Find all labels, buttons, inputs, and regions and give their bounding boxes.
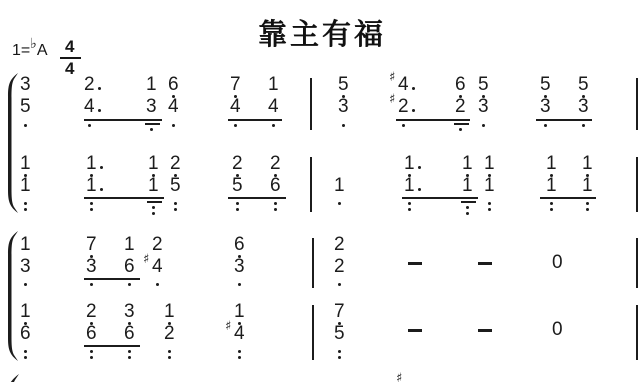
note-digit: 2 <box>152 236 163 254</box>
duration-dot <box>100 188 103 191</box>
note-digit: 3 <box>146 98 157 116</box>
octave-low-dot <box>174 202 177 205</box>
eighth-beam <box>84 119 162 121</box>
note-digit: 1 <box>148 155 159 173</box>
note-digit: 1 <box>86 155 97 173</box>
note-digit: 1 <box>20 155 31 173</box>
note-digit: 1 <box>146 76 157 94</box>
eighth-beam <box>540 197 596 199</box>
eighth-beam <box>228 197 286 199</box>
barline <box>636 238 638 288</box>
octave-low-dot <box>482 124 485 127</box>
duration-dot <box>100 166 103 169</box>
octave-low-dot <box>128 356 131 359</box>
barline <box>310 157 312 212</box>
octave-low-dot <box>466 206 469 209</box>
note-digit: 1 <box>462 177 473 195</box>
note-digit: 6 <box>124 325 135 343</box>
note-digit: 3 <box>20 258 31 276</box>
rest-zero: 0 <box>552 254 563 272</box>
note-digit: 4 <box>268 98 279 116</box>
eighth-beam <box>396 119 470 121</box>
note-digit: 5 <box>232 177 243 195</box>
duration-dot <box>98 109 101 112</box>
eighth-beam <box>84 197 164 199</box>
note-digit: 2 <box>232 155 243 173</box>
note-digit: 1 <box>86 177 97 195</box>
octave-low-dot <box>338 350 341 353</box>
octave-low-dot <box>238 350 241 353</box>
note-digit: 1 <box>20 177 31 195</box>
note-digit: 1 <box>404 155 415 173</box>
note-digit: 1 <box>268 76 279 94</box>
note-digit: 5 <box>20 98 31 116</box>
note-digit: 1 <box>164 303 175 321</box>
octave-low-dot <box>338 283 341 286</box>
note-digit: 2 <box>170 155 181 173</box>
octave-low-dot <box>24 350 27 353</box>
octave-low-dot <box>90 356 93 359</box>
barline <box>312 238 314 288</box>
octave-low-dot <box>150 128 153 131</box>
note-digit: 6 <box>234 236 245 254</box>
note-digit: 1 <box>20 236 31 254</box>
note-digit: 3 <box>478 98 489 116</box>
note-digit: 4 <box>168 98 179 116</box>
note-digit: 1 <box>20 303 31 321</box>
note-digit: 5 <box>578 76 589 94</box>
octave-low-dot <box>128 283 131 286</box>
note-digit: 2 <box>398 98 409 116</box>
note-digit: 3 <box>20 76 31 94</box>
note-digit: 5 <box>478 76 489 94</box>
octave-low-dot <box>128 350 131 353</box>
octave-low-dot <box>274 208 277 211</box>
octave-low-dot <box>272 124 275 127</box>
note-digit: 2 <box>334 236 345 254</box>
octave-low-dot <box>274 202 277 205</box>
octave-low-dot <box>24 124 27 127</box>
note-digit: 4 <box>230 98 241 116</box>
sustain-dash <box>478 329 492 332</box>
sixteenth-underline <box>454 123 469 125</box>
duration-dot <box>98 87 101 90</box>
duration-dot <box>412 87 415 90</box>
octave-low-dot <box>550 202 553 205</box>
octave-low-dot <box>24 356 27 359</box>
note-digit: 1 <box>462 155 473 173</box>
barline <box>636 78 638 130</box>
octave-low-dot <box>408 208 411 211</box>
barline <box>636 157 638 212</box>
note-digit: 7 <box>334 303 345 321</box>
octave-low-dot <box>338 356 341 359</box>
next-system-bracket-tip <box>4 372 22 382</box>
octave-low-dot <box>582 124 585 127</box>
sheet-music-page: 靠主有福 1=♭A 4 4 352413647414534♯2♯62535353… <box>0 0 644 382</box>
note-digit: 7 <box>86 236 97 254</box>
sixteenth-underline <box>147 201 162 203</box>
note-digit: 3 <box>540 98 551 116</box>
note-digit: 4 <box>234 325 245 343</box>
octave-low-dot <box>236 208 239 211</box>
note-digit: 5 <box>170 177 181 195</box>
octave-low-dot <box>24 202 27 205</box>
octave-low-dot <box>459 128 462 131</box>
duration-dot <box>412 109 415 112</box>
octave-low-dot <box>408 202 411 205</box>
note-digit: 6 <box>455 76 466 94</box>
octave-low-dot <box>24 208 27 211</box>
barline <box>310 78 312 130</box>
note-digit: 1 <box>334 177 345 195</box>
note-digit: 7 <box>230 76 241 94</box>
octave-low-dot <box>338 202 341 205</box>
note-digit: 6 <box>270 177 281 195</box>
octave-low-dot <box>174 208 177 211</box>
note-digit: 1 <box>484 155 495 173</box>
note-digit: 5 <box>540 76 551 94</box>
octave-low-dot <box>238 283 241 286</box>
octave-low-dot <box>24 283 27 286</box>
rest-zero: 0 <box>552 321 563 339</box>
note-digit: 1 <box>148 177 159 195</box>
octave-low-dot <box>402 124 405 127</box>
system-bracket <box>3 230 21 367</box>
eighth-beam <box>84 345 140 347</box>
note-digit: 2 <box>164 325 175 343</box>
duration-dot <box>418 188 421 191</box>
note-digit: 6 <box>124 258 135 276</box>
note-digit: 3 <box>234 258 245 276</box>
note-digit: 3 <box>124 303 135 321</box>
note-digit: 2 <box>270 155 281 173</box>
octave-low-dot <box>168 356 171 359</box>
octave-low-dot <box>90 283 93 286</box>
sharp-icon: ♯ <box>389 72 395 84</box>
note-digit: 2 <box>84 76 95 94</box>
note-digit: 5 <box>334 325 345 343</box>
note-digit: 6 <box>86 325 97 343</box>
note-digit: 6 <box>168 76 179 94</box>
note-digit: 4 <box>84 98 95 116</box>
note-digit: 1 <box>546 155 557 173</box>
octave-low-dot <box>550 208 553 211</box>
eighth-beam <box>402 197 478 199</box>
note-digit: 2 <box>86 303 97 321</box>
note-digit: 1 <box>234 303 245 321</box>
octave-low-dot <box>586 202 589 205</box>
note-digit: 1 <box>484 177 495 195</box>
sharp-icon: ♯ <box>143 254 149 266</box>
eighth-beam <box>228 119 282 121</box>
octave-low-dot <box>488 208 491 211</box>
eighth-beam <box>536 119 592 121</box>
sixteenth-underline <box>145 123 160 125</box>
score-canvas: 352413647414534♯2♯6253535311111125252611… <box>0 0 644 382</box>
system-bracket <box>3 72 21 219</box>
sharp-icon: ♯ <box>389 94 395 106</box>
octave-low-dot <box>234 124 237 127</box>
note-digit: 2 <box>334 258 345 276</box>
sharp-icon: ♯ <box>225 321 231 333</box>
sustain-dash <box>408 262 422 265</box>
octave-low-dot <box>544 124 547 127</box>
note-digit: 1 <box>404 177 415 195</box>
octave-low-dot <box>90 350 93 353</box>
octave-low-dot <box>88 124 91 127</box>
octave-low-dot <box>586 208 589 211</box>
note-digit: 3 <box>86 258 97 276</box>
sustain-dash <box>408 329 422 332</box>
octave-low-dot <box>90 202 93 205</box>
duration-dot <box>418 166 421 169</box>
sixteenth-underline <box>461 201 476 203</box>
octave-low-dot <box>152 212 155 215</box>
next-system-sharp-icon: ♯ <box>396 373 402 382</box>
eighth-beam <box>84 278 140 280</box>
note-digit: 4 <box>398 76 409 94</box>
octave-low-dot <box>238 356 241 359</box>
note-digit: 1 <box>546 177 557 195</box>
octave-low-dot <box>172 124 175 127</box>
note-digit: 3 <box>578 98 589 116</box>
barline <box>312 305 314 360</box>
note-digit: 5 <box>338 76 349 94</box>
octave-low-dot <box>488 202 491 205</box>
barline <box>636 305 638 360</box>
note-digit: 1 <box>582 177 593 195</box>
octave-low-dot <box>90 208 93 211</box>
note-digit: 4 <box>152 258 163 276</box>
octave-low-dot <box>236 202 239 205</box>
note-digit: 1 <box>124 236 135 254</box>
note-digit: 2 <box>455 98 466 116</box>
octave-low-dot <box>168 350 171 353</box>
note-digit: 1 <box>582 155 593 173</box>
octave-low-dot <box>342 124 345 127</box>
note-digit: 6 <box>20 325 31 343</box>
sustain-dash <box>478 262 492 265</box>
octave-low-dot <box>156 283 159 286</box>
octave-low-dot <box>466 212 469 215</box>
octave-low-dot <box>152 206 155 209</box>
note-digit: 3 <box>338 98 349 116</box>
